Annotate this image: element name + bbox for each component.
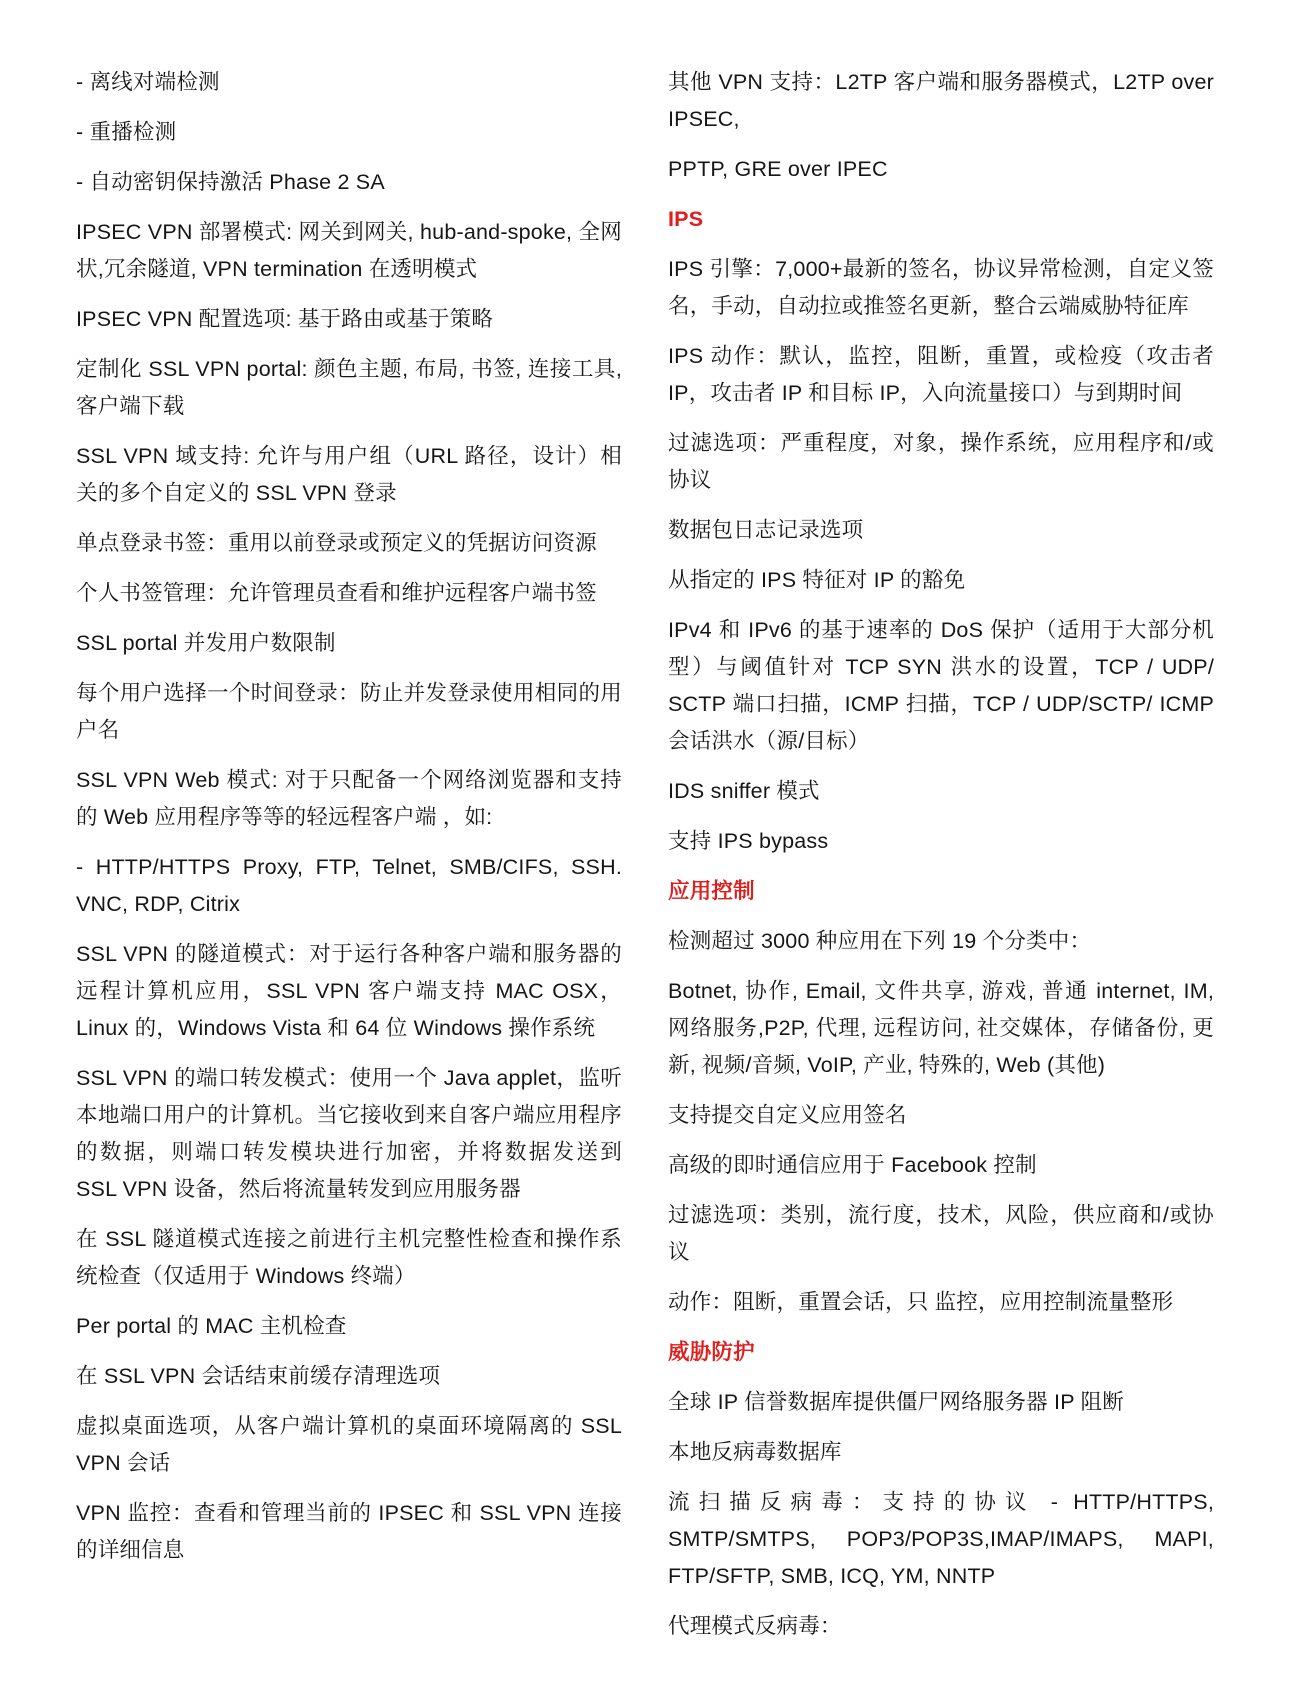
spec-item: 从指定的 IPS 特征对 IP 的豁免 [668,562,1214,599]
spec-item: IPS 动作：默认，监控，阻断，重置，或检疫（攻击者 IP，攻击者 IP 和目标… [668,338,1214,412]
spec-item: 在 SSL VPN 会话结束前缓存清理选项 [76,1358,622,1395]
spec-item: 本地反病毒数据库 [668,1434,1214,1471]
spec-item: 全球 IP 信誉数据库提供僵尸网络服务器 IP 阻断 [668,1384,1214,1421]
spec-item: 支持提交自定义应用签名 [668,1097,1214,1134]
two-column-layout: - 离线对端检测 - 重播检测 - 自动密钥保持激活 Phase 2 SA IP… [76,64,1214,1658]
section-heading-app-control: 应用控制 [668,873,1214,910]
spec-item: IPS 引擎：7,000+最新的签名，协议异常检测，自定义签名，手动，自动拉或推… [668,251,1214,325]
spec-item: 过滤选项：严重程度，对象，操作系统，应用程序和/或协议 [668,425,1214,499]
spec-item: SSL VPN 的端口转发模式：使用一个 Java applet，监听本地端口用… [76,1060,622,1208]
section-heading-ips: IPS [668,201,1214,238]
spec-item: IDS sniffer 模式 [668,773,1214,810]
spec-item: 支持 IPS bypass [668,823,1214,860]
spec-item: - 离线对端检测 [76,64,622,101]
spec-item: SSL portal 并发用户数限制 [76,625,622,662]
spec-item: 每个用户选择一个时间登录：防止并发登录使用相同的用户名 [76,675,622,749]
spec-item: IPSEC VPN 配置选项: 基于路由或基于策略 [76,301,622,338]
spec-item: - 重播检测 [76,114,622,151]
spec-item: 高级的即时通信应用于 Facebook 控制 [668,1147,1214,1184]
spec-item: 数据包日志记录选项 [668,512,1214,549]
spec-item: 动作：阻断，重置会话，只 监控，应用控制流量整形 [668,1284,1214,1321]
spec-item: 检测超过 3000 种应用在下列 19 个分类中： [668,923,1214,960]
spec-item: SSL VPN 的隧道模式：对于运行各种客户端和服务器的远程计算机应用，SSL … [76,936,622,1047]
spec-item: SSL VPN Web 模式: 对于只配备一个网络浏览器和支持的 Web 应用程… [76,762,622,836]
spec-item: 个人书签管理：允许管理员查看和维护远程客户端书签 [76,575,622,612]
spec-item: 过滤选项：类别，流行度，技术，风险，供应商和/或协议 [668,1197,1214,1271]
spec-item: IPSEC VPN 部署模式: 网关到网关, hub-and-spoke, 全网… [76,214,622,288]
section-heading-threat-protection: 威胁防护 [668,1334,1214,1371]
spec-item: 流扫描反病毒：支持的协议 - HTTP/HTTPS, SMTP/SMTPS, P… [668,1484,1214,1595]
spec-item: SSL VPN 域支持: 允许与用户组（URL 路径，设计）相关的多个自定义的 … [76,438,622,512]
spec-item: 其他 VPN 支持：L2TP 客户端和服务器模式，L2TP over IPSEC… [668,64,1214,138]
spec-item: 定制化 SSL VPN portal: 颜色主题, 布局, 书签, 连接工具, … [76,351,622,425]
document-page: - 离线对端检测 - 重播检测 - 自动密钥保持激活 Phase 2 SA IP… [0,0,1290,1698]
spec-item: Per portal 的 MAC 主机检查 [76,1308,622,1345]
spec-item: - 自动密钥保持激活 Phase 2 SA [76,164,622,201]
spec-item: Botnet, 协作, Email, 文件共享, 游戏, 普通 internet… [668,973,1214,1084]
spec-item: 代理模式反病毒： [668,1608,1214,1645]
spec-item: 在 SSL 隧道模式连接之前进行主机完整性检查和操作系统检查（仅适用于 Wind… [76,1221,622,1295]
spec-item: PPTP, GRE over IPEC [668,151,1214,188]
spec-item: 单点登录书签：重用以前登录或预定义的凭据访问资源 [76,525,622,562]
spec-item: IPv4 和 IPv6 的基于速率的 DoS 保护（适用于大部分机型）与阈值针对… [668,612,1214,760]
spec-item: 虚拟桌面选项，从客户端计算机的桌面环境隔离的 SSL VPN 会话 [76,1408,622,1482]
spec-item: VPN 监控：查看和管理当前的 IPSEC 和 SSL VPN 连接的详细信息 [76,1495,622,1569]
spec-item: - HTTP/HTTPS Proxy, FTP, Telnet, SMB/CIF… [76,849,622,923]
right-column: 其他 VPN 支持：L2TP 客户端和服务器模式，L2TP over IPSEC… [668,64,1214,1658]
left-column: - 离线对端检测 - 重播检测 - 自动密钥保持激活 Phase 2 SA IP… [76,64,622,1582]
